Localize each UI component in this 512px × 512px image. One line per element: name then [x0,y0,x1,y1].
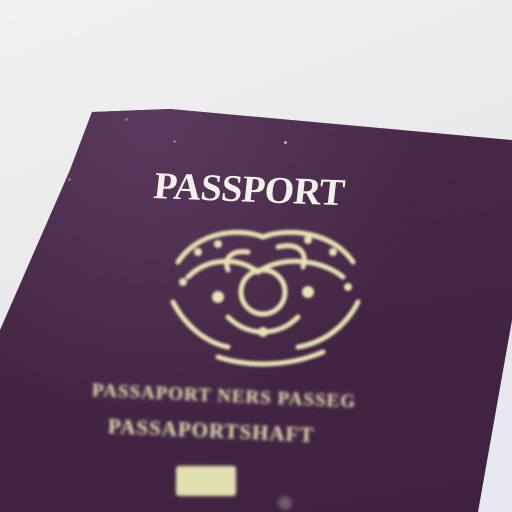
coat-of-arms-icon [158,222,370,372]
dust-speck [68,178,71,181]
dust-speck [173,140,176,143]
dust-speck [125,118,128,121]
cover-blemish [278,496,292,510]
biometric-chip-icon [176,466,236,496]
dust-speck [284,141,287,144]
photo-scene: PASSPORT PASSAPORT NERS PASSEG PASSAPORT… [0,0,512,512]
